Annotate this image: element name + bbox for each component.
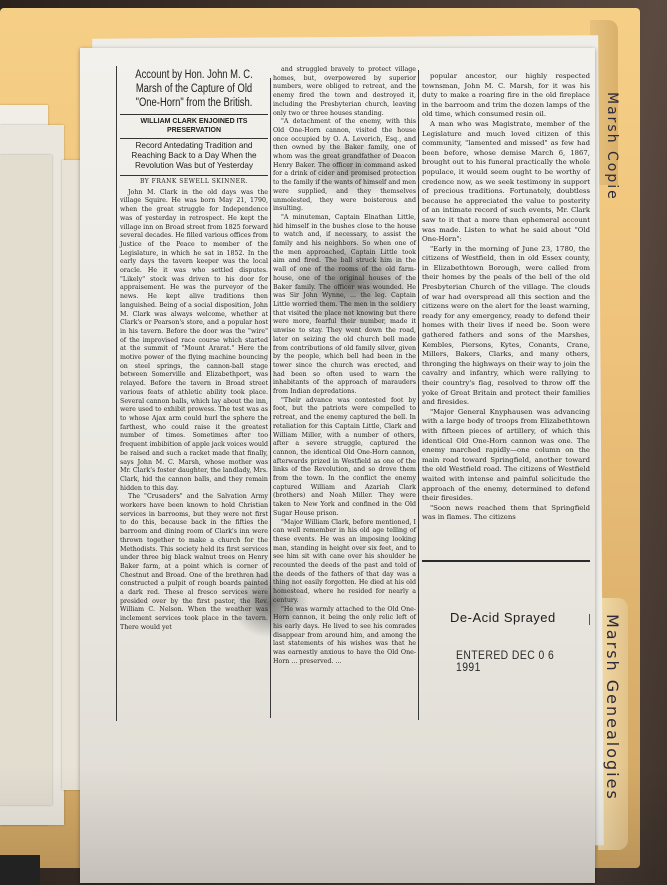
article-paragraph: "Soon news reached them that Springfield…: [422, 504, 590, 523]
subdeck: Record Antedating Tradition and Reaching…: [120, 138, 268, 171]
photocopy-smudge: [280, 228, 420, 338]
article-paragraph: "Their advance was contested foot by foo…: [273, 397, 416, 519]
clipping-right-column: popular ancestor, our highly respected t…: [422, 72, 590, 523]
photocopy-smudge: [230, 568, 310, 638]
article-paragraph: John M. Clark in the old days was the vi…: [120, 189, 268, 494]
article-paragraph: A man who was Magistrate, member of the …: [422, 120, 590, 245]
desk-corner: [0, 855, 40, 885]
article-paragraph: "Major General Knyphausen was advancing …: [422, 408, 590, 504]
stamp-mark: [589, 614, 590, 625]
folder-tab-label-top: Marsh Copie: [604, 92, 620, 201]
stacked-paper: [0, 155, 52, 805]
photocopy-smudge: [290, 138, 410, 198]
byline: BY FRANK SEWELL SKINNER.: [120, 175, 268, 187]
column-end-rule: [422, 560, 590, 562]
column-rule: [116, 66, 117, 721]
deck: WILLIAM CLARK ENJOINED ITS PRESERVATION: [120, 114, 268, 135]
headline: Account by Hon. John M. C. Marsh of the …: [125, 68, 263, 110]
clipping-left-column: Account by Hon. John M. C. Marsh of the …: [120, 68, 268, 633]
deacid-stamp: De-Acid Sprayed: [450, 610, 556, 625]
article-paragraph: "Early in the morning of June 23, 1780, …: [422, 245, 590, 408]
article-paragraph: popular ancestor, our highly respected t…: [422, 72, 590, 120]
folder-tab-label-bottom: Marsh Genealogies: [603, 614, 622, 801]
photocopy-sheet: Account by Hon. John M. C. Marsh of the …: [80, 48, 595, 883]
column-rule: [418, 70, 419, 720]
article-paragraph: and struggled bravely to protect village…: [273, 66, 416, 118]
entered-date-stamp: ENTERED DEC 0 6 1991: [456, 650, 581, 674]
